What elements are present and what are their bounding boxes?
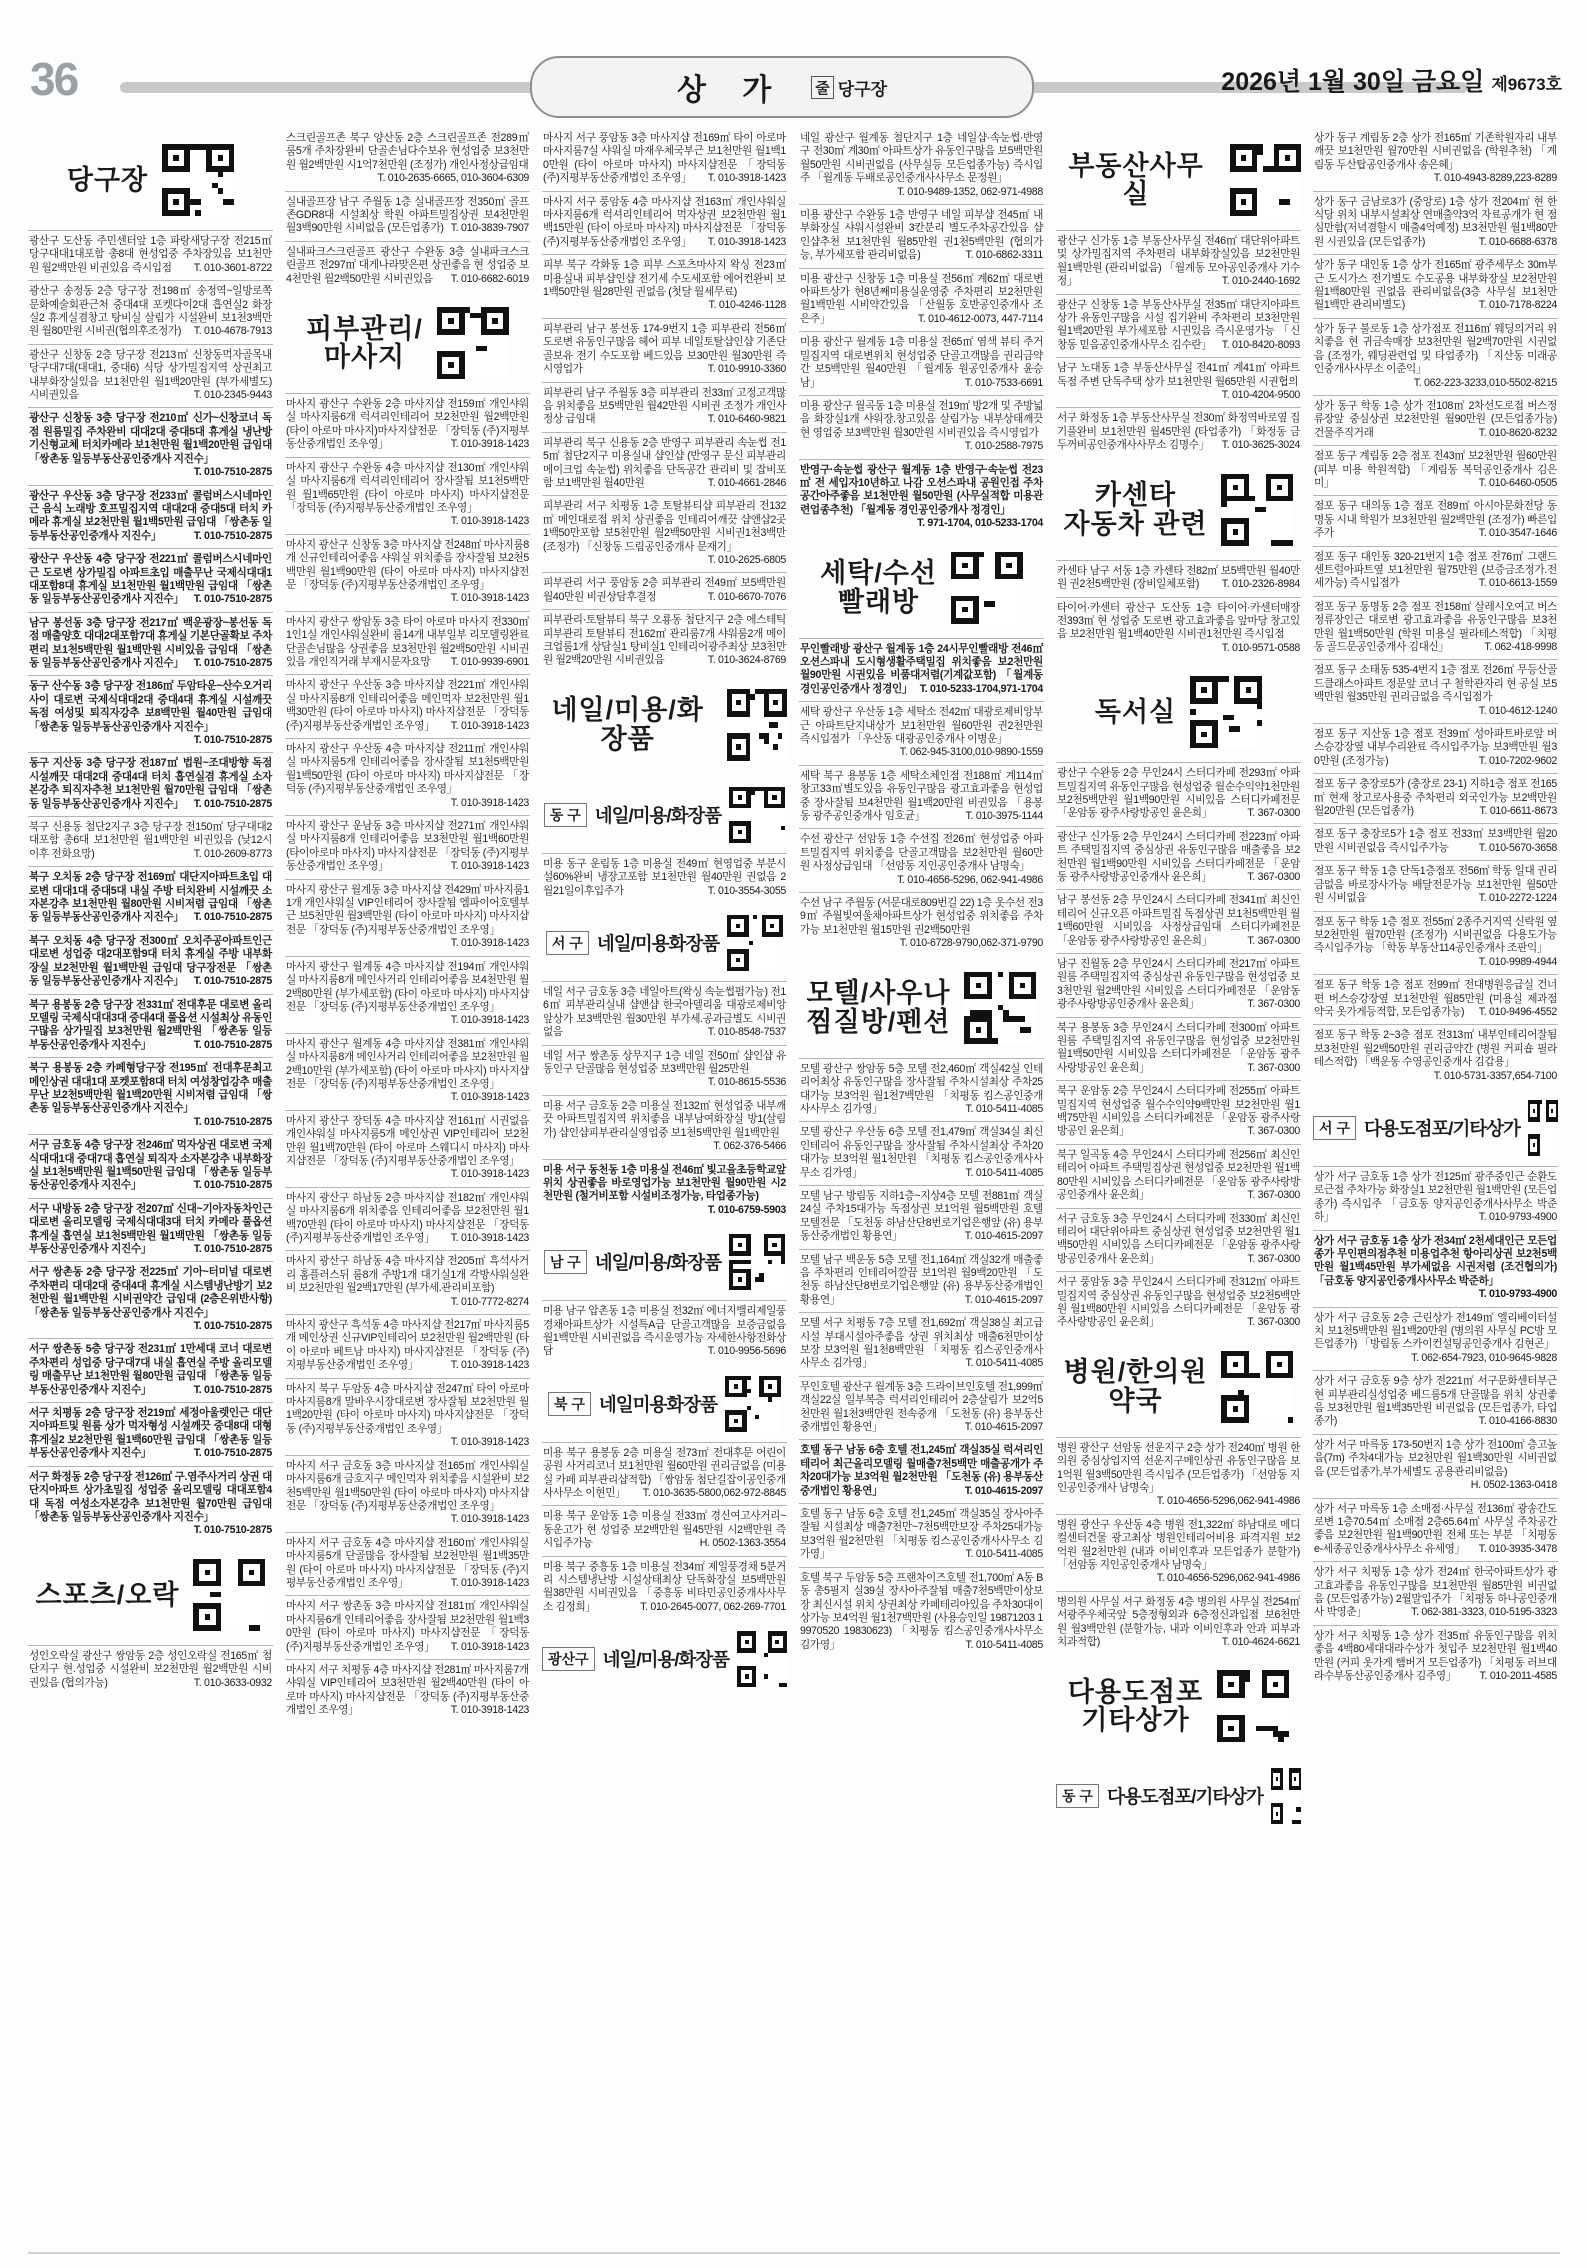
footer-rule — [28, 2252, 1560, 2254]
ad-text: 마사지 광산구 월계동 3층 마사지샵 전429㎡ 마사지룸11개 개인샤워실 … — [286, 884, 529, 936]
classified-ad: 상가 서구 마륵동 173-50번지 1층 상가 전100㎡ 층고높음(7m) … — [1313, 1434, 1558, 1498]
classified-ad: 점포 동구 대인동 320-21번지 1층 점포 전76㎡ 그랜드센트럴아파트옆… — [1313, 546, 1558, 596]
section-header-title: 부동산사무실 — [1056, 152, 1216, 209]
ad-phone-number: T. 010-9910-3360 — [702, 363, 786, 376]
subsection-header: 동 구다용도점포/기타상가 — [1056, 1756, 1301, 1834]
ad-phone-number: T. 010-2326-8984 — [1216, 578, 1300, 591]
subsection-title: 네일미용화장품 — [599, 1391, 717, 1417]
classified-ad: 마사지 서구 금호동 3층 마사지샵 전165㎡ 개인샤워실 마사지룸6개 금호… — [285, 1455, 530, 1532]
ad-phone-number: T. 367-0300 — [1241, 1316, 1300, 1329]
classified-ad: 마사지 광산구 우산동 4층 마사지샵 전211㎡ 개인샤워실 마사지룸5개 인… — [285, 738, 530, 815]
ad-phone-number: T. 367-0300 — [1241, 1125, 1300, 1138]
ad-text: 네일 서구 쌍촌동 상무지구 1층 네일 전50㎡ 샵인샵 유동인구 단골많음 … — [543, 1050, 786, 1075]
classified-ad: 상가 동구 학동 1층 상가 전108㎡ 2차선도로접 버스정류장앞 중심상권 … — [1313, 395, 1558, 445]
classified-ad: 광산구 신창동 3층 당구장 전210㎡ 신가~신창코너 독점 원룸밀집 주차완… — [28, 407, 273, 484]
classified-ad: 모텔 남구 백운동 5층 모텔 전1,164㎡ 객실32개 매출좋음 주차편리 … — [799, 1249, 1044, 1313]
classified-ad: 카센타 남구 서동 1층 카센타 전82㎡ 보5백만원 월40만원 권2천5백만… — [1056, 560, 1301, 597]
classified-ad: 상가 서구 마륵동 1층 소매점·사무실 전136㎡ 광송간도로변 1층70.5… — [1313, 1498, 1558, 1562]
ad-phone-number: T. 010-6688-6378 — [1473, 236, 1557, 249]
qr-code-icon — [727, 689, 787, 761]
ad-phone-number: T. 010-3601-8722 — [188, 262, 272, 275]
district-label: 서 구 — [546, 931, 589, 955]
classified-ad: 마사지 광산구 월계동 4층 마사지샵 전381㎡ 개인샤워실 마사지룸8개 메… — [285, 1033, 530, 1110]
ad-phone-number: T. 010-4661-2846 — [702, 477, 786, 490]
classified-ad: 광산구 우산동 4층 당구장 전221㎡ 콜럼버스시네마인근 도로변 상가밀집 … — [28, 548, 273, 612]
ad-phone-number: T. 010-3918-1423 — [445, 1232, 529, 1245]
ad-phone-number: T. 010-4166-8830 — [1473, 1415, 1557, 1428]
classified-ad: 호텔 동구 남동 6층 호텔 전1,245㎡ 객실35실 럭셔리인테리어 최근올… — [799, 1439, 1044, 1503]
ad-text: 북구 용봉동 2층 카페형당구장 전195㎡ 전대후문최고메인상권 대대1대 포… — [29, 1062, 272, 1114]
ad-text: 네일 광산구 월계동 첨단지구 1층 네일샵·속눈썹·반영구 전30㎡ 계30㎡… — [800, 132, 1043, 184]
ad-phone-number: T. 010-2011-4585 — [1474, 1670, 1557, 1683]
ad-phone-number: T. 010-4246-1128 — [703, 299, 786, 312]
classified-ad: 피부관리 서구 치평동 1층 토탈뷰티샵 피부관리 전132㎡ 메인대로접 위치… — [542, 495, 787, 572]
section-pill: 상 가 줄 당구장 — [530, 56, 1034, 118]
pill-tag: 줄 — [811, 76, 834, 99]
classified-ad: 광산구 신가동 1층 부동산사무실 전46㎡ 대단위아파트 및 상가밀집지역 주… — [1056, 230, 1301, 294]
classified-ad: 서구 풍암동 3층 무인24시 스터디카페 전312㎡ 아파트밀집지역 중심상권… — [1056, 1271, 1301, 1335]
ad-text: 미용 서구 동천동 1층 미용실 전46㎡ 빛고을초등학교앞 위치 상권좋음 바… — [543, 1164, 786, 1203]
section-header: 다용도점포 기타상가 — [1056, 1654, 1301, 1756]
ad-phone-number: T. 367-0300 — [1241, 1062, 1300, 1075]
classified-ad: 마사지 서구 금호동 4층 마사지샵 전160㎡ 개인샤워실 마사지룸5개 단골… — [285, 1532, 530, 1596]
ad-phone-number: T. 010-2345-9443 — [188, 389, 272, 402]
classified-ad: 점포 동구 지산동 1층 점포 전39㎡ 성아파트바로앞 버스승강장옆 내부수리… — [1313, 723, 1558, 773]
newspaper-column: 스크린골프존 북구 양산동 2층 스크린골프존 전289㎡ 룸5개 주차장완비 … — [285, 128, 530, 2242]
classified-ad: 마사지 광산구 신창동 3층 마사지샵 전248㎡ 마사지룸8개 신규인테리어좋… — [285, 534, 530, 611]
classified-ad: 서구 금호동 4층 당구장 전246㎡ 먹자상권 대로변 국제식대대1대 중대7… — [28, 1134, 273, 1198]
ad-phone-number: T. 010-5411-4085 — [960, 1639, 1043, 1652]
ad-phone-number: T. 010-9571-0588 — [1216, 642, 1300, 655]
ad-phone-number: T. 010-5411-4085 — [960, 1167, 1043, 1180]
ad-phone-number: T. 010-3918-1423 — [445, 797, 529, 810]
classified-ad: 마사지 광산구 하남동 2층 마사지샵 전182㎡ 개인샤워실 마사지룸6개 위… — [285, 1187, 530, 1251]
classified-ad: 광산구 수완동 2층 무인24시 스터디카페 전293㎡ 아파트밀집지역 유동인… — [1056, 762, 1301, 826]
section-header-title: 다용도점포 기타상가 — [1068, 1678, 1203, 1735]
classified-ad: 북구 오치동 4층 당구장 전300㎡ 오치주공아파트인근 대로변 성업중 대2… — [28, 930, 273, 994]
ad-phone-number: T. 010-2272-1224 — [1473, 892, 1557, 905]
issue-number: 제9673호 — [1491, 75, 1562, 94]
ad-text: 마사지 광산구 월계동 4층 마사지샵 전381㎡ 개인샤워실 마사지룸8개 메… — [286, 1038, 529, 1090]
ad-phone-number: T. 010-2588-7975 — [959, 440, 1043, 453]
ad-phone-number: T. 010-3635-5800,062-972-8845 — [637, 1487, 786, 1500]
classified-ad: 상가 서구 치평동 1층 상가 전35㎡ 유동인구많음 위치좋음 4백80세대대… — [1313, 1625, 1558, 1689]
qr-code-icon — [162, 144, 234, 216]
ad-phone-number: T. 010-3918-1423 — [445, 937, 529, 950]
classified-ad: 상가 동구 대인동 1층 상가 전165㎡ 광주세무소 30m부근 도시가스 전… — [1313, 254, 1558, 318]
ad-phone-number: T. 010-3918-1423 — [445, 1168, 529, 1181]
ad-text: 서구 화정동 2층 당구장 전126㎡ 구.염주사거리 상권 대단지아파트 상가… — [29, 1471, 272, 1523]
section-header: 카센타 자동차 관련 — [1056, 458, 1301, 560]
ad-phone-number: T. 010-6759-5903 — [702, 1204, 786, 1217]
classified-ad: 점포 동구 소태동 535-4번지 1층 점포 전26㎡ 무등산골드클래스아파트… — [1313, 659, 1558, 723]
section-title: 상 가 — [677, 65, 785, 109]
classified-ad: 점포 동구 대의동 1층 점포 전89㎡ 아시아문화전당 동명동 시내 학원가 … — [1313, 495, 1558, 545]
qr-code-icon — [727, 915, 783, 971]
ad-phone-number: T. 010-6682-6019 — [445, 273, 529, 286]
classified-ad: 마사지 서구 쌍촌동 3층 마사지샵 전181㎡ 개인샤워실 마사지룸6개 인테… — [285, 1595, 530, 1659]
classified-ad: 남구 봉선동 3층 당구장 전217㎡ 백운광장~봉선동 독점 매출양호 대대2… — [28, 612, 273, 676]
ad-phone-number: T. 010-3918-1423 — [445, 1014, 529, 1027]
ad-phone-number: T. 010-4624-6621 — [1216, 1636, 1300, 1649]
ad-phone-number: T. 010-4612-1240 — [1473, 705, 1557, 718]
ad-phone-number: T. 010-7510-2875 — [188, 911, 272, 924]
qr-code-icon — [951, 552, 1023, 624]
ad-phone-number: T. 010-8548-7537 — [702, 1026, 786, 1039]
classified-ad: 네일 광산구 월계동 첨단지구 1층 네일샵·속눈썹·반영구 전30㎡ 계30㎡… — [799, 128, 1044, 204]
ad-phone-number: T. 010-3918-1423 — [445, 438, 529, 451]
ad-phone-number: T. 010-4615-2097 — [959, 1485, 1043, 1498]
section-header: 세탁/수선 빨래방 — [799, 536, 1044, 638]
classified-ad: 미용 북구 용봉동 2층 미용실 전73㎡ 전대후문 어린이공원 사거리코너 보… — [542, 1442, 787, 1506]
classified-ad: 무인호텔 광산구 월계동 3층 드라이브인호텔 전1,999㎡ 객실22실 일부… — [799, 1376, 1044, 1440]
section-subtitle: 줄 당구장 — [811, 75, 887, 100]
district-label: 남 구 — [544, 1250, 587, 1274]
section-header-title: 당구장 — [67, 166, 148, 194]
classified-ad: 광산구 우산동 3층 당구장 전233㎡ 콜럼버스시네마인근 음식 노래방 호프… — [28, 485, 273, 549]
ad-phone-number: T. 010-4656-5296,062-941-4986 — [1151, 1495, 1300, 1508]
district-label: 북 구 — [548, 1392, 591, 1416]
ad-text: 타이어·카센터 광산구 도산동 1층 타이어·카센터매장 전393㎡ 현 성업중… — [1057, 602, 1300, 641]
ad-phone-number: T. 010-6613-1559 — [1473, 577, 1557, 590]
ad-phone-number: T. 010-3918-1423 — [445, 1641, 529, 1654]
section-header: 피부관리/ 마사지 — [285, 291, 530, 393]
ad-phone-number: T. 010-3918-1423 — [702, 236, 786, 249]
qr-code-icon — [1271, 1768, 1301, 1824]
qr-code-icon — [964, 972, 1036, 1044]
ad-phone-number: T. 062-654-7923, 010-9645-9828 — [1405, 1352, 1557, 1365]
section-header-title: 스포츠/오락 — [36, 1581, 180, 1609]
classified-ad: 피부관리 북구 신용동 2층 반영구 피부관리 속눈썹 전15㎡ 첨단2지구 미… — [542, 432, 787, 496]
classified-ad: 서구 화정동 1층 부동산사무실 전30㎡ 화정역바로옆 집기풀완비 보1천만원… — [1056, 407, 1301, 457]
ad-phone-number: T. 010-8615-5536 — [702, 1076, 786, 1089]
ad-phone-number: T. 010-7510-2875 — [188, 1524, 272, 1537]
ad-phone-number: T. 010-7178-8224 — [1473, 299, 1557, 312]
classified-ad: 서구 화정동 2층 당구장 전126㎡ 구.염주사거리 상권 대단지아파트 상가… — [28, 1466, 273, 1543]
ad-phone-number: T. 367-0300 — [1241, 871, 1300, 884]
ad-phone-number: T. 010-3547-1646 — [1473, 527, 1557, 540]
section-header-title: 병원/한의원 약국 — [1064, 1358, 1208, 1415]
page-number: 36 — [30, 52, 77, 106]
ad-text: 마사지 광산구 수완동 4층 마사지샵 전130㎡ 개인샤워실 마사지룸6개 럭… — [286, 462, 529, 514]
ad-text: 점포 동구 소태동 535-4번지 1층 점포 전26㎡ 무등산골드클래스아파트… — [1314, 664, 1557, 703]
qr-code-icon — [1221, 474, 1293, 546]
classified-ad: 피부관리 남구 주월동 3층 피부관리 전33㎡ 고정고객많음 위치좋음 보5백… — [542, 382, 787, 432]
ad-phone-number: T. 010-3624-8769 — [702, 654, 786, 667]
classified-ad: 피부관리·토탈뷰티 북구 오룡동 첨단지구 2층 에스테틱 피부관리 토탈뷰티 … — [542, 609, 787, 673]
classified-ad: 마사지 서구 치평동 4층 마사지샵 전281㎡ 마사지룸7개 샤워실 VIP인… — [285, 1659, 530, 1723]
ad-phone-number: T. 010-9956-5696 — [702, 1345, 786, 1358]
classified-ad: 마사지 북구 두암동 4층 마사지샵 전247㎡ 타이 아로마 마사지룸8개 말… — [285, 1378, 530, 1455]
classified-ad: 미용 북구 운암동 1층 미용실 전33㎡ 경신여고사거리~동운고가 현 성업중… — [542, 1505, 787, 1555]
district-label: 서 구 — [1313, 1116, 1356, 1140]
section-header: 모텔/사우나 찜질방/펜션 — [799, 956, 1044, 1058]
classified-ad: 상가 동구 계림동 2층 상가 전165㎡ 기존학원자리 내부깨끗 보1천만원 … — [1313, 128, 1558, 191]
qr-code-icon — [729, 1234, 785, 1290]
ad-phone-number: T. 010-9989-4944 — [1473, 956, 1557, 969]
ad-phone-number: T. 010-7510-2875 — [188, 466, 272, 479]
ad-phone-number: T. 010-6460-0505 — [1473, 477, 1557, 490]
ad-phone-number: T. 010-7510-2875 — [188, 1243, 272, 1256]
ad-phone-number: T. 010-7772-8274 — [445, 1296, 529, 1309]
ad-phone-number: T. 010-7510-2875 — [188, 1447, 272, 1460]
ad-phone-number: T. 010-6611-8673 — [1474, 805, 1557, 818]
ad-phone-number: T. 010-5411-4085 — [960, 1357, 1043, 1370]
page-header: 36 상 가 줄 당구장 2026년 1월 30일 금요일 제9673호 — [0, 0, 1588, 118]
ad-phone-number: T. 010-3918-1423 — [445, 860, 529, 873]
ad-text: 마사지 광산구 신창동 3층 마사지샵 전248㎡ 마사지룸8개 신규인테리어좋… — [286, 539, 529, 591]
district-label: 광산구 — [542, 1647, 595, 1671]
ad-phone-number: T. 010-3918-1423 — [445, 720, 529, 733]
classified-ad: 동구 지산동 3층 당구장 전187㎡ 법원~조대방향 독점 시설깨끗 대대2대… — [28, 752, 273, 816]
ad-text: 마사지 서구 금호동 3층 마사지샵 전165㎡ 개인샤워실 마사지룸6개 금호… — [286, 1460, 529, 1512]
subsection-header: 동 구네일/미용/화장품 — [542, 775, 787, 853]
ad-phone-number: H. 0502-1363-0418 — [1465, 1479, 1557, 1492]
classified-ad: 미용 서구 금호동 2층 미용실 전132㎡ 현성업중 내부깨끗 아파트밀집지역… — [542, 1095, 787, 1159]
ad-text: 피부 북구 각화동 1층 피부 스포츠마사지 왁싱 전23㎡ 미용실내 피부샵인… — [543, 259, 786, 298]
classified-ad: 남구 노대동 1층 부동산사무실 전41㎡ 계41㎡ 아파트독점 주변 단독주택… — [1056, 357, 1301, 407]
ad-phone-number: T. 010-5731-3357,654-7100 — [1428, 1070, 1557, 1083]
classified-ad: 성인오락실 광산구 쌍암동 2층 성인오락실 전165㎡ 첨단지구 현.성업중 … — [28, 1645, 273, 1695]
classified-ad: 호텔 북구 두암동 5층 프랜차이즈호텔 전1,700㎡ A동 B동 총5필지 … — [799, 1567, 1044, 1657]
classified-ad: 상가 동구 불로동 1층 상가점포 전116㎡ 웨딩의거리 위치좋음 현 귀금속… — [1313, 318, 1558, 395]
classified-ad: 마사지 광산구 장덕동 4층 마사지샵 전161㎡ 시권없음 개인샤워실 마사지… — [285, 1110, 530, 1187]
classified-ad: 마사지 광산구 쌍암동 3층 타이 아로마 마사지 전330㎡ 1인1실 개인샤… — [285, 611, 530, 675]
qr-code-icon — [1217, 1670, 1289, 1742]
classified-ad: 남구 봉선동 2층 무인24시 스터디카페 전341㎡ 최신인테리어 신규오픈 … — [1056, 889, 1301, 953]
subsection-header: 서 구네일/미용화장품 — [542, 903, 787, 981]
classified-ad: 북구 신용동 첨단2지구 3층 당구장 전150㎡ 당구대대2대포함 총6대 보… — [28, 816, 273, 866]
section-header: 독서실 — [1056, 660, 1301, 762]
ad-phone-number: T. 010-2645-0077, 062-269-7701 — [634, 1601, 786, 1614]
ad-phone-number: T. 010-7533-6691 — [959, 377, 1043, 390]
newspaper-column: 부동산사무실광산구 신가동 1층 부동산사무실 전46㎡ 대단위아파트 및 상가… — [1056, 128, 1301, 2242]
ad-text: 병원 광산구 선암동 선운지구 2층 상가 전240㎡ 병원 한의원 중심상업지… — [1057, 1442, 1300, 1494]
ad-phone-number: T. 010-9489-1352, 062-971-4988 — [891, 186, 1043, 199]
ad-phone-number: T. 010-8420-8093 — [1216, 339, 1300, 352]
qr-code-icon — [1221, 1351, 1293, 1423]
classified-ad: 상가 서구 금호동 2층 근린상가 전149㎡ 엘리베이터설치 보1천5백만원 … — [1313, 1307, 1558, 1371]
classified-ad: 마사지 광산구 수완동 2층 마사지샵 전159㎡ 개인샤워실 마사지룸6개 럭… — [285, 393, 530, 457]
ad-text: 수선 광산구 선암동 1층 수선집 전26㎡ 현성업중 아파트밀집지역 위치좋음… — [800, 833, 1043, 872]
ad-phone-number: T. 010-4615-2097 — [959, 1294, 1043, 1307]
ad-text: 세탁 광산구 우산동 1층 세탁소 전42㎡ 대광로제비앙부근 아파트단지내상가… — [800, 706, 1043, 745]
ad-phone-number: T. 010-3918-1423 — [445, 1359, 529, 1372]
ad-phone-number: T. 010-2440-1692 — [1216, 275, 1300, 288]
ad-phone-number: T. 010-7510-2875 — [188, 734, 272, 747]
classified-ad: 마사지 광산구 흑석동 4층 마사지샵 전217㎡ 마사지룸5개 메인상권 신규… — [285, 1314, 530, 1378]
ad-phone-number: T. 010-5233-1704,971-1704 — [914, 683, 1043, 696]
ad-phone-number: T. 010-3633-0932 — [188, 1677, 272, 1690]
classified-ad: 실내파크스크린골프 광산구 수완동 3층 실내파크스크린골프 전297㎡ 대게나… — [285, 241, 530, 291]
ad-text: 반영구·속눈썹 광산구 월계동 1층 반영구·속눈썹 전23㎡ 전 세입자10년… — [800, 464, 1043, 516]
newspaper-column: 네일 광산구 월계동 첨단지구 1층 네일샵·속눈썹·반영구 전30㎡ 계30㎡… — [799, 128, 1044, 2242]
ad-phone-number: T. 010-7510-2875 — [188, 1116, 272, 1129]
classified-ad: 점포 동구 동명동 2층 점포 전158㎡ 살레시오여고 버스정류장인근 대로변… — [1313, 596, 1558, 660]
ad-phone-number: T. 010-3918-1423 — [445, 1513, 529, 1526]
classified-ad: 수선 광산구 선암동 1층 수선집 전26㎡ 현성업중 아파트밀집지역 위치좋음… — [799, 828, 1044, 892]
ad-phone-number: T. 010-6728-9790,062-371-9790 — [894, 937, 1043, 950]
newspaper-column: 상가 동구 계림동 2층 상가 전165㎡ 기존학원자리 내부깨끗 보1천만원 … — [1313, 128, 1558, 2242]
classified-ad: 상가 서구 치평동 1층 상가 전24㎡ 한국아파트상가 광고효과좋음 유동인구… — [1313, 1561, 1558, 1625]
qr-code-icon — [1190, 676, 1262, 748]
section-header: 부동산사무실 — [1056, 128, 1301, 230]
ad-text: 광산구 신창동 3층 당구장 전210㎡ 신가~신창코너 독점 원룸밀집 주차완… — [29, 412, 272, 464]
classified-ad: 북구 용봉동 2층 카페형당구장 전195㎡ 전대후문최고메인상권 대대1대 포… — [28, 1057, 273, 1134]
ad-phone-number: T. 010-3918-1423 — [445, 1704, 529, 1717]
classified-ad: 미용 광산구 수완동 1층 반영구 네일 피부샵 전45㎡ 내부화장실 샤워시설… — [799, 204, 1044, 268]
classified-ad: 북구 일곡동 4층 무인24시 스터디카페 전256㎡ 최신인테리어 아파트 주… — [1056, 1144, 1301, 1208]
section-header-title: 모텔/사우나 찜질방/펜션 — [807, 979, 951, 1036]
classified-ad: 점포 동구 학동 1층 점포 전55㎡ 2종주거지역 신락원 옆 보2천만원 월… — [1313, 911, 1558, 975]
ad-phone-number: T. 010-7510-2875 — [188, 1179, 272, 1192]
subsection-title: 네일/미용/화장품 — [595, 802, 721, 828]
classified-ad: 북구 오치동 2층 당구장 전169㎡ 대단지아파트초입 대로변 대대1대 중대… — [28, 866, 273, 930]
subsection-header: 북 구네일미용화장품 — [542, 1364, 787, 1442]
ad-phone-number: T. 010-3918-1423 — [445, 1577, 529, 1590]
classified-ad: 마사지 광산구 우산동 3층 마사지샵 전221㎡ 개인샤워실 마사지룸8개 인… — [285, 674, 530, 738]
ad-phone-number: T. 010-2609-8773 — [188, 848, 272, 861]
ad-phone-number: T. 010-4943-8289,223-8289 — [1428, 172, 1557, 185]
classified-ad: 북구 용봉동 3층 무인24시 스터디카페 전300㎡ 아파트 원룸 주택밀집지… — [1056, 1017, 1301, 1081]
ad-phone-number: T. 010-7510-2875 — [188, 975, 272, 988]
ad-text: 마사지 광산구 장덕동 4층 마사지샵 전161㎡ 시권없음 개인샤워실 마사지… — [286, 1115, 529, 1167]
classified-ad: 모텔 남구 방림동 지하1층~지상4층 모텔 전881㎡ 객실24실 주차15대… — [799, 1185, 1044, 1249]
ad-phone-number: T. 367-0300 — [1241, 935, 1300, 948]
section-header-title: 세탁/수선 빨래방 — [820, 559, 937, 616]
classified-ad: 실내골프장 남구 주월동 1층 실내골프장 전350㎡ 골프존GDR8대 시설최… — [285, 191, 530, 241]
classified-ad: 미용 남구 압촌동 1층 미용실 전32㎡ 에너지밸리제일풍경채아파트상가 시설… — [542, 1300, 787, 1364]
ad-phone-number: T. 010-4656-5296, 062-941-4986 — [891, 874, 1043, 887]
ad-phone-number: T. 010-6670-7076 — [702, 591, 786, 604]
ad-phone-number: T. 010-7510-2875 — [188, 1320, 272, 1333]
ad-phone-number: T. 367-0300 — [1241, 1189, 1300, 1202]
subsection-title: 다용도점포/기타상가 — [1364, 1115, 1520, 1141]
ad-text: 서구 쌍촌동 2층 당구장 전225㎡ 기아~터미널 대로변 주차편리 대대2대… — [29, 1266, 272, 1318]
classified-ad: 동구 산수동 3층 당구장 전186㎡ 두암타운~산수오거리사이 대로변 국제식… — [28, 675, 273, 752]
classified-ad: 북구 용봉동 2층 당구장 전331㎡ 전대후문 대로변 올리모델링 국제식대대… — [28, 994, 273, 1058]
classified-ad: 병원 광산구 우산동 4층 병원 전1,322㎡ 하남대로 메디컬센터건물 광고… — [1056, 1514, 1301, 1591]
ad-phone-number: T. 971-1704, 010-5233-1704 — [911, 517, 1043, 530]
section-header-title: 독서실 — [1095, 698, 1176, 726]
ad-text: 마사지 북구 두암동 4층 마사지샵 전247㎡ 타이 아로마 마사지룸8개 말… — [286, 1383, 529, 1435]
subsection-header: 서 구다용도점포/기타상가 — [1313, 1088, 1558, 1166]
ad-phone-number: T. 010-3918-1423 — [445, 515, 529, 528]
ad-phone-number: T. 367-0300 — [1241, 1253, 1300, 1266]
classified-ad: 세탁 광산구 우산동 1층 세탁소 전42㎡ 대광로제비앙부근 아파트단지내상가… — [799, 701, 1044, 765]
classified-ad: 서구 쌍촌동 2층 당구장 전225㎡ 기아~터미널 대로변 주차편리 대대2대… — [28, 1261, 273, 1338]
section-header-title: 카센타 자동차 관련 — [1064, 481, 1208, 538]
ad-phone-number: T. 010-9939-6901 — [445, 656, 529, 669]
classified-ad: 광산구 도산동 주민센터앞 1층 파랑새당구장 전215㎡ 당구대대1대포함 총… — [28, 230, 273, 280]
classified-ad: 호텔 동구 남동 6층 호텔 전1,245㎡ 객실35실 장사아주잘됨 시설최상… — [799, 1503, 1044, 1567]
ad-phone-number: T. 010-5670-3658 — [1473, 842, 1557, 855]
ad-phone-number: T. 010-9793-4900 — [1473, 1211, 1557, 1224]
classified-ad: 미용 서구 동천동 1층 미용실 전46㎡ 빛고을초등학교앞 위치 상권좋음 바… — [542, 1159, 787, 1223]
date-text: 2026년 1월 30일 금요일 — [1221, 68, 1484, 96]
classified-ad: 상가 동구 금남로3가 (중앙로) 1층 상가 전204㎡ 현 한식당 위치 내… — [1313, 191, 1558, 255]
classified-ad: 상가 서구 금호동 9층 상가 전221㎡ 서구문화센터부근 현 피부관리실성업… — [1313, 1370, 1558, 1434]
ad-phone-number: T. 062-381-3323, 010-5195-3323 — [1405, 1606, 1557, 1619]
classified-ad: 마사지 광산구 하남동 4층 마사지샵 전205㎡ 흑석사거리 홈플러스뒤 룸8… — [285, 1250, 530, 1314]
classified-ad: 네일 서구 쌍촌동 상무지구 1층 네일 전50㎡ 샵인샵 유동인구 단골많음 … — [542, 1045, 787, 1095]
ad-text: 상가 동구 계림동 2층 상가 전165㎡ 기존학원자리 내부깨끗 보1천만원 … — [1314, 132, 1557, 171]
ad-phone-number: T. 010-4612-0073, 447-7114 — [912, 313, 1043, 326]
classified-ad: 세탁 북구 용봉동 1층 세탁소체인점 전188㎡ 계114㎡ 창고33㎡별도있… — [799, 765, 1044, 829]
district-label: 동 구 — [544, 803, 587, 827]
classified-ad: 서구 치평동 2층 당구장 전219㎡ 세정아울렛인근 대단지아파트및 원룸 상… — [28, 1402, 273, 1466]
qr-code-icon — [437, 307, 509, 379]
ad-phone-number: T. 010-5411-4085 — [960, 1103, 1043, 1116]
ad-phone-number: H. 0502-1363-3554 — [694, 1537, 786, 1550]
ad-text: 병원 광산구 우산동 4층 병원 전1,322㎡ 하남대로 메디컬센터건물 광고… — [1057, 1519, 1300, 1571]
section-header: 네일/미용/화장품 — [542, 673, 787, 775]
ad-phone-number: T. 010-3918-1423 — [445, 592, 529, 605]
newspaper-page: 36 상 가 줄 당구장 2026년 1월 30일 금요일 제9673호 당구장… — [0, 0, 1588, 2268]
ad-text: 상가 서구 금호동 1층 상가 전34㎡ 2천세대인근 모든업종가 무인편의점추… — [1314, 1235, 1557, 1287]
subsection-title: 네일/미용/화장품 — [595, 1249, 721, 1275]
classified-ad: 점포 동구 학동 1층 점포 전99㎡ 전대병원응급실 건너편 버스승강장옆 보… — [1313, 974, 1558, 1024]
qr-code-icon — [737, 1631, 787, 1687]
classified-ad: 피부관리 남구 봉선동 174-9번지 1층 피부관리 전56㎡ 도로변 유동인… — [542, 318, 787, 382]
ad-phone-number: T. 010-3935-3478 — [1473, 1543, 1557, 1556]
ad-phone-number: T. 010-7510-2875 — [188, 593, 272, 606]
ad-text: 동구 산수동 3층 당구장 전186㎡ 두암타운~산수오거리사이 대로변 국제식… — [29, 680, 272, 732]
newspaper-column: 당구장광산구 도산동 주민센터앞 1층 파랑새당구장 전215㎡ 당구대대1대포… — [28, 128, 273, 2242]
classified-ad: 병원 광산구 선암동 선운지구 2층 상가 전240㎡ 병원 한의원 중심상업지… — [1056, 1437, 1301, 1514]
ad-phone-number: T. 367-0300 — [1241, 807, 1300, 820]
classified-ad: 미용 광산구 월곡동 1층 미용실 전19㎡ 방2개 및 주방넓음 화장실1개 … — [799, 395, 1044, 459]
classified-ad: 모텔 광산구 우산동 6층 모텔 전1,479㎡ 객실34실 최신인테리어 유동… — [799, 1121, 1044, 1185]
classified-ad: 미용 북구 중흥동 1층 미용실 전34㎡ 제일풍경채 5분거리 시스템냉난방 … — [542, 1556, 787, 1620]
ad-phone-number: T. 062-945-3100,010-9890-1559 — [894, 746, 1043, 759]
classified-ad: 미용 동구 운림동 1층 미용실 전49㎡ 현영업중 부분시설60%완비 냉장고… — [542, 853, 787, 903]
ad-text: 상가 동구 불로동 1층 상가점포 전116㎡ 웨딩의거리 위치좋음 현 귀금속… — [1314, 323, 1557, 375]
ad-phone-number: T. 010-3839-7907 — [445, 222, 529, 235]
ad-phone-number: T. 010-3918-1423 — [702, 172, 786, 185]
ad-phone-number: T. 010-3554-3055 — [702, 885, 786, 898]
classified-ad: 마사지 광산구 월계동 3층 마사지샵 전429㎡ 마사지룸11개 개인샤워실 … — [285, 879, 530, 956]
classified-ad: 피부관리 서구 풍암동 2층 피부관리 전49㎡ 보5백만원 월40만원 비권상… — [542, 572, 787, 609]
qr-code-icon — [193, 1559, 265, 1631]
classified-ad: 광산구 신창동 2층 당구장 전213㎡ 신창동먹자골목내 당구대7대(대대1,… — [28, 344, 273, 408]
classified-ad: 점포 동구 학동 1층 단독1층점포 전56㎡ 학동 일대 권리금없음 바로장사… — [1313, 860, 1558, 910]
classified-ad: 광산구 신창동 1층 부동산사무실 전35㎡ 대단지아파트상가 유동인구많음 시… — [1056, 294, 1301, 358]
ad-phone-number: T. 010-8620-8232 — [1473, 427, 1557, 440]
section-header: 스포츠/오락 — [28, 1543, 273, 1645]
ad-phone-number: T. 010-7202-9602 — [1473, 755, 1557, 768]
ad-text: 점포 동구 학동 2~3층 점포 전313㎡ 내부인테리어잘됨 보3천만원 월2… — [1314, 1029, 1557, 1068]
qr-code-icon — [729, 787, 785, 843]
classified-ad: 마사지 광산구 운남동 3층 마사지샵 전271㎡ 개인샤워실 마사지룸8개 인… — [285, 815, 530, 879]
ad-text: 수선 남구 주월동 (서문대로809번길 22) 1층 옷수선 전39㎡ 주월빛… — [800, 897, 1043, 936]
ad-text: 상가 서구 금호동 2층 근린상가 전149㎡ 엘리베이터설치 보1천5백만원 … — [1314, 1312, 1557, 1351]
ad-phone-number: T. 062-418-9998 — [1478, 641, 1557, 654]
ad-phone-number: T. 010-3918-1423 — [445, 1091, 529, 1104]
qr-code-icon — [1528, 1100, 1558, 1156]
classified-ad: 병의원 사무실 서구 화정동 4층 병의원 사무실 전254㎡ 서광주우체국앞 … — [1056, 1591, 1301, 1655]
ad-phone-number: T. 010-2625-6805 — [702, 554, 786, 567]
section-header-title: 피부관리/ 마사지 — [306, 315, 423, 372]
classified-ad: 상가 서구 금호동 1층 상가 전34㎡ 2천세대인근 모든업종가 무인편의점추… — [1313, 1230, 1558, 1307]
classifieds-columns: 당구장광산구 도산동 주민센터앞 1층 파랑새당구장 전215㎡ 당구대대1대포… — [28, 128, 1560, 2242]
ad-text: 점포 동구 학동 1층 점포 전55㎡ 2종주거지역 신락원 옆 보2천만원 월… — [1314, 916, 1557, 955]
classified-ad: 피부 북구 각화동 1층 피부 스포츠마사지 왁싱 전23㎡ 미용실내 피부샵인… — [542, 254, 787, 318]
section-header: 당구장 — [28, 128, 273, 230]
classified-ad: 스크린골프존 북구 양산동 2층 스크린골프존 전289㎡ 룸5개 주차장완비 … — [285, 128, 530, 191]
newspaper-column: 마사지 서구 풍암동 3층 마사지샵 전169㎡ 타이 아로마 마사지룸7실 샤… — [542, 128, 787, 2242]
ad-phone-number: T. 010-3918-1423 — [445, 1436, 529, 1449]
